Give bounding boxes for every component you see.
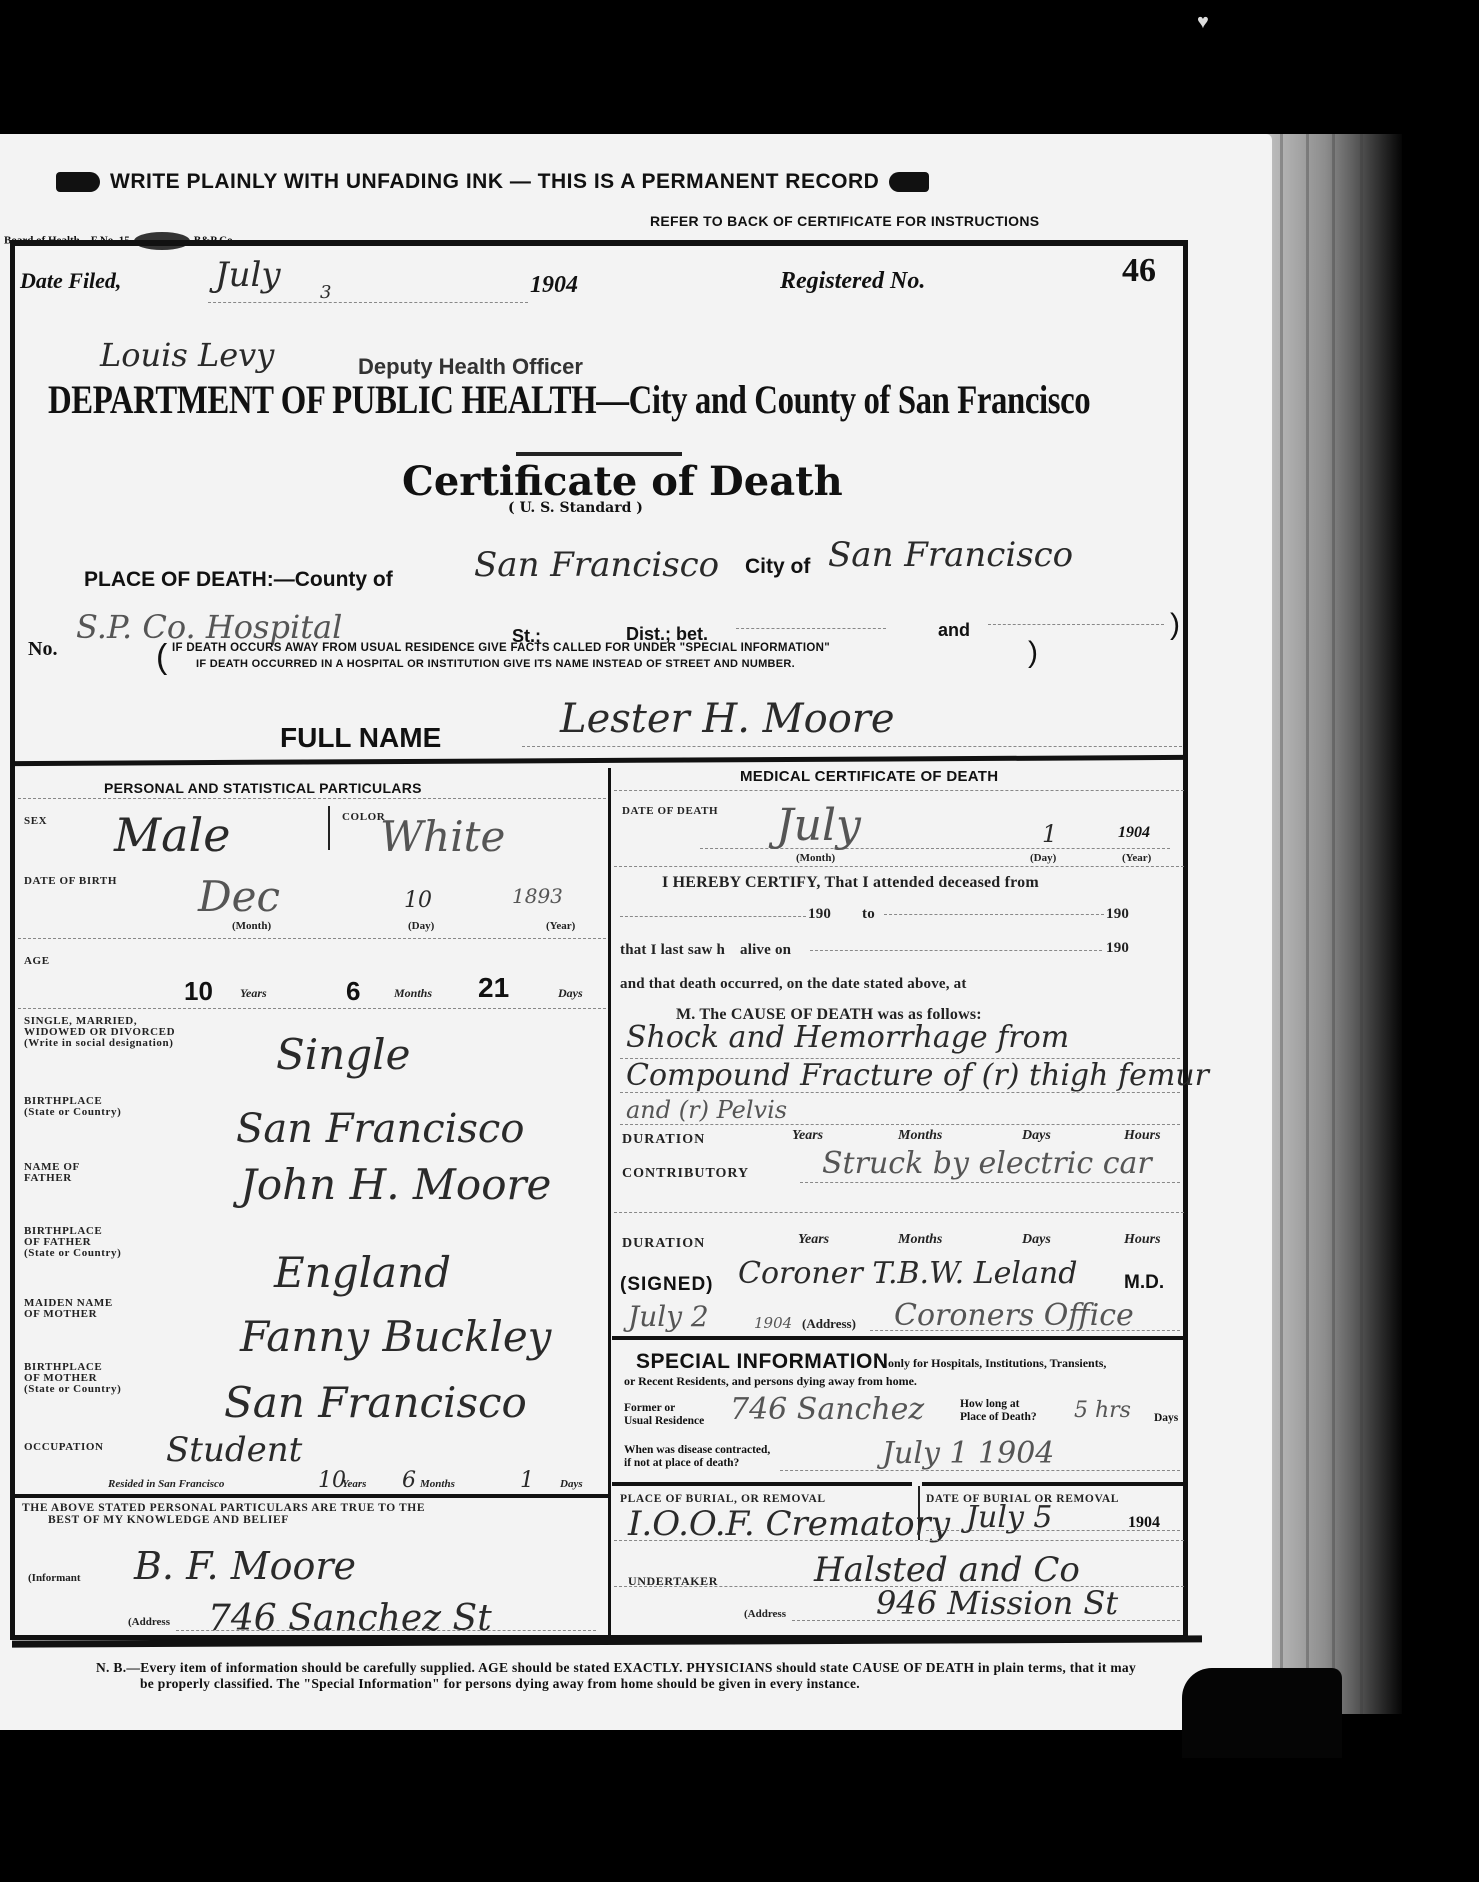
- street-no-value: S.P. Co. Hospital: [76, 608, 342, 646]
- contracted-label: When was disease contracted,if not at pl…: [624, 1444, 770, 1470]
- birth-day: 10: [404, 888, 432, 913]
- signed-date: July 2: [628, 1300, 709, 1333]
- how-long-label: How long atPlace of Death?: [960, 1398, 1037, 1424]
- certificate-subtitle: ( U. S. Standard ): [508, 500, 643, 516]
- cause-line-2: Compound Fracture of (r) thigh femur: [626, 1058, 1209, 1093]
- undertaker-address-value: 946 Mission St: [876, 1584, 1118, 1622]
- duration-label: DURATION: [622, 1132, 705, 1148]
- place-of-death-county: San Francisco: [474, 545, 719, 585]
- place-of-death-label: PLACE OF DEATH:—County of: [84, 568, 393, 592]
- death-day: 1: [1042, 820, 1057, 848]
- sex-value: Male: [114, 808, 230, 862]
- md-suffix: M.D.: [1124, 1272, 1164, 1294]
- father-birthplace-value: England: [274, 1248, 451, 1297]
- contracted-value: July 1 1904: [882, 1436, 1054, 1471]
- last-saw-text: that I last saw h: [620, 942, 725, 959]
- certificate-title: Certificate of Death: [402, 458, 843, 505]
- date-filed-label: Date Filed,: [20, 268, 121, 294]
- officer-signature: Louis Levy: [100, 336, 274, 374]
- signed-label: (SIGNED): [620, 1274, 714, 1296]
- informant-address-value: 746 Sanchez St: [208, 1598, 492, 1639]
- mother-birthplace-value: San Francisco: [224, 1378, 527, 1427]
- full-name-label: FULL NAME: [280, 722, 441, 754]
- full-name-value: Lester H. Moore: [560, 696, 895, 742]
- death-year: 1904: [1118, 824, 1150, 842]
- informant-address-label: (Address: [128, 1616, 170, 1628]
- mother-maiden-value: Fanny Buckley: [240, 1312, 551, 1361]
- place-of-death-city: San Francisco: [828, 535, 1073, 575]
- footnote: N. B.—Every item of information should b…: [44, 1660, 1144, 1692]
- age-months: 6: [346, 976, 360, 1007]
- occupation-value: Student: [166, 1430, 302, 1470]
- birthplace-label: BIRTHPLACE(State or Country): [24, 1096, 121, 1118]
- refer-instructions: REFER TO BACK OF CERTIFICATE FOR INSTRUC…: [650, 213, 1039, 229]
- pointing-hand-left-icon: [56, 172, 100, 192]
- date-filed-day: 3: [320, 282, 331, 303]
- color-label: COLOR: [342, 812, 385, 823]
- page-shadow: [1182, 1668, 1342, 1758]
- residence-value: 746 Sanchez: [730, 1392, 924, 1427]
- title-divider: [516, 452, 682, 456]
- color-value: White: [380, 812, 505, 861]
- birth-date-label: DATE OF BIRTH: [24, 876, 117, 887]
- attestation: THE ABOVE STATED PERSONAL PARTICULARS AR…: [22, 1502, 425, 1526]
- age-label: AGE: [24, 956, 50, 967]
- undertaker-address-label: (Address: [744, 1608, 786, 1620]
- resided-label: Resided in San Francisco: [108, 1478, 224, 1490]
- date-filed-month: July: [215, 255, 281, 295]
- mother-maiden-label: MAIDEN NAMEOF MOTHER: [24, 1298, 113, 1320]
- city-label: City of: [745, 555, 810, 579]
- registered-label: Registered No.: [780, 268, 925, 295]
- certify-statement: I HEREBY CERTIFY, That I attended deceas…: [662, 874, 1039, 892]
- burial-place-value: I.O.O.F. Crematory: [628, 1504, 950, 1544]
- burial-year: 1904: [1128, 1514, 1160, 1532]
- hospital-note: IF DEATH OCCURRED IN A HOSPITAL OR INSTI…: [196, 658, 795, 670]
- date-of-death-label: DATE OF DEATH: [622, 806, 718, 817]
- residence-label: Former orUsual Residence: [624, 1402, 704, 1428]
- special-info-heading: SPECIAL INFORMATION: [636, 1350, 889, 1374]
- burial-date-value: July 5: [966, 1500, 1053, 1535]
- resided-days: 1: [520, 1468, 534, 1493]
- birthplace-value: San Francisco: [236, 1106, 524, 1152]
- marital-value: Single: [276, 1030, 410, 1079]
- top-banner: WRITE PLAINLY WITH UNFADING INK — THIS I…: [56, 170, 929, 194]
- medical-heading: MEDICAL CERTIFICATE OF DEATH: [740, 768, 998, 785]
- film-speck: ♥: [1197, 12, 1213, 32]
- birth-month: Dec: [198, 872, 280, 921]
- signed-address-value: Coroners Office: [894, 1298, 1134, 1333]
- resided-months: 6: [402, 1468, 416, 1493]
- marital-label: SINGLE, MARRIED,WIDOWED OR DIVORCED(Writ…: [24, 1016, 175, 1049]
- book-page-edges: [1262, 134, 1402, 1714]
- duration2-label: DURATION: [622, 1236, 705, 1252]
- sex-label: SEX: [24, 816, 47, 827]
- personal-heading: PERSONAL AND STATISTICAL PARTICULARS: [104, 780, 422, 796]
- signed-year: 1904: [754, 1314, 792, 1332]
- father-birthplace-label: BIRTHPLACEOF FATHER(State or Country): [24, 1226, 121, 1259]
- death-month: July: [776, 800, 861, 851]
- father-name-label: NAME OFFATHER: [24, 1162, 80, 1184]
- mother-birthplace-label: BIRTHPLACEOF MOTHER(State or Country): [24, 1362, 121, 1395]
- informant-label: (Informant: [28, 1572, 81, 1584]
- department-heading: DEPARTMENT OF PUBLIC HEALTH—City and Cou…: [48, 376, 1090, 423]
- informant-value: B. F. Moore: [134, 1544, 356, 1588]
- how-long-value: 5 hrs: [1074, 1398, 1131, 1423]
- and-label: and: [938, 620, 970, 641]
- date-filed-year: 1904: [530, 272, 578, 299]
- occurred-text: and that death occurred, on the date sta…: [620, 976, 967, 993]
- pointing-hand-right-icon: [889, 172, 929, 192]
- age-years: 10: [184, 976, 213, 1007]
- cause-line-1: Shock and Hemorrhage from: [626, 1020, 1069, 1055]
- birth-year: 1893: [512, 884, 563, 908]
- street-no-label: No.: [28, 638, 57, 661]
- contributory-value: Struck by electric car: [822, 1146, 1152, 1181]
- signed-value: Coroner T.B.W. Leland: [738, 1256, 1077, 1291]
- father-name-value: John H. Moore: [240, 1160, 551, 1209]
- contributory-label: CONTRIBUTORY: [622, 1166, 749, 1182]
- cause-line-3: and (r) Pelvis: [626, 1096, 787, 1124]
- signed-address-label: (Address): [802, 1316, 856, 1332]
- age-days: 21: [478, 972, 509, 1004]
- occupation-label: OCCUPATION: [24, 1442, 104, 1453]
- registered-number: 46: [1122, 252, 1156, 290]
- residence-note: IF DEATH OCCURS AWAY FROM USUAL RESIDENC…: [172, 642, 830, 654]
